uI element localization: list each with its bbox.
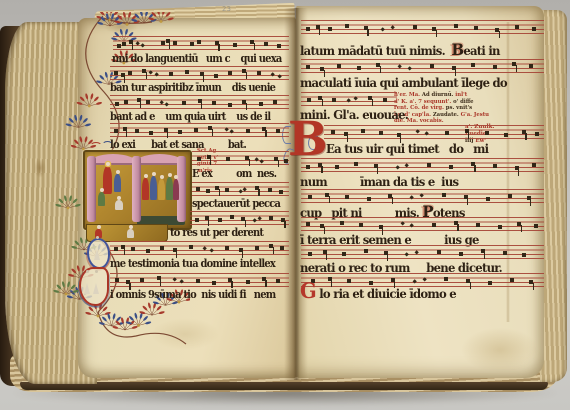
- neume-note: [432, 27, 436, 31]
- initial-figure: [94, 249, 100, 260]
- neume-note: [379, 131, 383, 135]
- neume-note: [241, 217, 245, 221]
- initial-m-kneeling-figure: [127, 229, 134, 238]
- neume-note: [169, 72, 173, 76]
- chant-text-line: latum mādatū tuū nimis. Beati in: [300, 42, 500, 59]
- neume-note: [182, 101, 186, 105]
- neume-note: [395, 165, 400, 170]
- neume-note: [262, 277, 266, 281]
- music-staff: [110, 273, 289, 287]
- chant-text-segment: o' diffe: [453, 99, 473, 105]
- neume-note: [242, 69, 246, 73]
- page-edges-right: [540, 10, 567, 382]
- neume-note: [388, 194, 392, 198]
- neume-note: [535, 132, 539, 136]
- neume-note: [173, 41, 177, 45]
- neume-note: [437, 250, 441, 254]
- neume-note: [353, 96, 358, 101]
- chant-text-segment: E ex om nes.: [192, 166, 276, 180]
- neume-note: [318, 163, 322, 167]
- neume-note: [172, 277, 177, 282]
- neume-note: [195, 218, 199, 222]
- music-staff: [324, 125, 544, 139]
- chant-text-segment: maculati īuia qui ambulant īlege do: [300, 75, 507, 90]
- chant-text-segment: h'er. Ma.: [394, 92, 422, 98]
- neume-note: [422, 277, 427, 282]
- neume-note: [117, 44, 121, 48]
- initial-figure: [84, 283, 90, 294]
- neume-note: [413, 25, 417, 29]
- neume-note: [320, 224, 324, 228]
- neume-note: [200, 72, 204, 76]
- chant-text-segment: ps. vnit's: [446, 105, 472, 111]
- initial-m-figure: [150, 176, 157, 200]
- neume-note: [522, 130, 526, 134]
- chant-text-line: maculati īuia qui ambulant īlege do: [300, 76, 507, 89]
- neume-note: [405, 252, 410, 257]
- neume-note: [245, 156, 249, 160]
- neume-note: [407, 66, 412, 71]
- chant-text-segment: nni do languentiū um c qui uexa: [112, 51, 281, 65]
- chant-text-line: to res ut per derent: [170, 226, 263, 238]
- music-staff: [110, 123, 289, 137]
- music-staff: [113, 36, 289, 50]
- neume-note: [410, 223, 415, 228]
- neume-note: [367, 197, 371, 201]
- rubric-line: rent. Cō. de virg. ps. vnit's: [394, 105, 504, 112]
- music-staff: [301, 92, 397, 106]
- neume-note: [444, 277, 448, 281]
- chant-text-line: bant ad e um quia uirt us de il: [110, 110, 270, 122]
- neume-note: [529, 280, 533, 284]
- neume-note: [276, 129, 280, 133]
- initial-m-figure: [114, 174, 121, 192]
- rubric-line: h'er. Ma. Ad diurnū. inl't: [394, 92, 504, 99]
- neume-note: [485, 131, 489, 135]
- neume-note: [459, 252, 463, 256]
- neume-note: [197, 40, 201, 44]
- neume-note: [331, 130, 335, 134]
- neume-note: [149, 131, 153, 135]
- neume-note: [486, 197, 490, 201]
- neume-note: [218, 218, 222, 222]
- neume-note: [337, 64, 341, 68]
- neume-note: [347, 279, 351, 283]
- neume-note: [131, 247, 135, 251]
- rubric-line: d' K. a'. 7 sequunt'. o' diffe: [394, 99, 504, 106]
- neume-note: [466, 279, 470, 283]
- neume-note: [198, 99, 202, 103]
- neume-note: [368, 96, 372, 100]
- neume-note: [228, 103, 232, 107]
- neume-note: [527, 196, 531, 200]
- neume-note: [268, 188, 272, 192]
- neume-note: [415, 250, 420, 255]
- neume-note: [532, 163, 536, 167]
- chant-text-segment: d' K. a'. 7 sequunt'.: [394, 99, 453, 105]
- neume-note: [154, 72, 159, 77]
- music-staff: [301, 245, 544, 259]
- neume-note: [281, 218, 285, 222]
- neume-note: [226, 157, 230, 161]
- neume-note: [493, 65, 497, 69]
- neume-note: [164, 128, 168, 132]
- neume-note: [361, 129, 365, 133]
- neume-note: [128, 71, 132, 75]
- neume-note: [142, 69, 146, 73]
- neume-note: [277, 44, 281, 48]
- neume-note: [391, 278, 395, 282]
- neume-note: [284, 159, 288, 163]
- neume-note: [410, 195, 415, 200]
- neume-note: [364, 249, 368, 253]
- neume-note: [229, 129, 234, 134]
- neume-note: [318, 96, 322, 100]
- neume-note: [250, 40, 254, 44]
- neume-note: [383, 98, 387, 102]
- chant-text-line: i omnis 9sūma tio nis uidi fi nem: [110, 288, 275, 300]
- initial-m-figure: [166, 177, 173, 200]
- neume-note: [328, 27, 332, 31]
- chant-text-segment: spectauerūt pecca: [192, 196, 280, 210]
- neume-note: [173, 248, 177, 252]
- neume-note: [157, 276, 161, 280]
- neume-note: [276, 279, 280, 283]
- neume-note: [196, 187, 200, 191]
- neume-note: [161, 41, 165, 45]
- chant-text-segment: num īman da tis e ius: [300, 174, 458, 189]
- neume-note: [123, 127, 127, 131]
- neume-note: [228, 278, 232, 282]
- neume-note: [146, 100, 150, 104]
- neume-note: [259, 102, 263, 106]
- chant-text-segment: lo ria et diuicie īdomo e: [316, 286, 456, 301]
- neume-note: [306, 27, 310, 31]
- neume-note: [129, 40, 133, 44]
- neume-note: [306, 165, 310, 169]
- neume-note: [114, 71, 118, 75]
- chant-text-segment: eati in: [463, 43, 499, 58]
- neume-note: [342, 252, 346, 256]
- neume-note: [424, 131, 429, 136]
- chant-text-line: ban tur aspiritibz īmun dis uenie: [110, 81, 275, 93]
- neume-note: [400, 221, 405, 226]
- neume-note: [335, 165, 339, 169]
- neume-note: [340, 221, 344, 225]
- initial-m-kneeling-figure: [115, 200, 123, 210]
- music-staff: [110, 95, 289, 109]
- neume-note: [264, 42, 268, 46]
- neume-note: [273, 100, 277, 104]
- neume-note: [114, 247, 118, 251]
- neume-note: [270, 72, 275, 77]
- neume-note: [529, 64, 533, 68]
- folio-number: 23: [222, 5, 231, 13]
- neume-note: [215, 41, 219, 45]
- neume-note: [442, 193, 446, 197]
- neume-note: [488, 281, 492, 285]
- neume-note: [121, 73, 125, 77]
- neume-note: [364, 26, 368, 30]
- initial-m-figure: [142, 178, 149, 200]
- initial-m-saint-figure: [103, 166, 112, 194]
- neume-note: [515, 25, 519, 29]
- neume-note: [452, 66, 456, 70]
- neume-note: [114, 129, 118, 133]
- neume-note: [454, 221, 458, 225]
- neume-note: [212, 101, 216, 105]
- music-staff: [301, 189, 544, 203]
- neume-note: [427, 163, 431, 167]
- initial-m-stroke: [132, 156, 141, 222]
- neume-note: [207, 155, 211, 159]
- neume-note: [508, 194, 512, 198]
- neume-note: [214, 74, 218, 78]
- rubric-block: h'er. Ma. Ad diurnū. inl'td' K. a'. 7 se…: [394, 92, 504, 125]
- neume-note: [471, 162, 475, 166]
- neume-note: [149, 70, 154, 75]
- chant-text-segment: ban tur aspiritibz īmun dis uenie: [110, 80, 275, 94]
- initial-m-figure: [158, 179, 165, 200]
- initial-m-stroke: [87, 156, 96, 222]
- neume-note: [369, 281, 373, 285]
- rubric-line: ī s. d' cap'la. Zaudate. G'a. Jestu: [394, 112, 504, 119]
- neume-note: [471, 63, 475, 67]
- decorated-initial-small-1: [87, 238, 110, 269]
- neume-note: [230, 215, 234, 219]
- chant-text-segment: i omnis 9sūma tio nis uidi fi nem: [110, 287, 275, 301]
- neume-note: [379, 225, 383, 229]
- neume-note: [210, 248, 215, 253]
- neume-note: [140, 43, 145, 48]
- neume-note: [498, 225, 502, 229]
- neume-note: [454, 24, 458, 28]
- neume-note: [308, 195, 312, 199]
- neume-note: [228, 71, 232, 75]
- neume-note: [328, 277, 332, 281]
- neume-note: [178, 130, 182, 134]
- neume-note: [359, 223, 363, 227]
- neume-note: [160, 246, 164, 250]
- neume-note: [397, 64, 402, 69]
- neume-note: [225, 188, 229, 192]
- music-staff: [301, 158, 544, 172]
- neume-note: [121, 245, 125, 249]
- neume-note: [346, 98, 351, 103]
- neume-note: [384, 251, 388, 255]
- chant-text-line: Ea tus uir qui timet do mi: [326, 142, 488, 155]
- neume-note: [405, 163, 410, 168]
- neume-note: [416, 129, 421, 134]
- chant-text-line: num īman da tis e ius: [300, 175, 458, 188]
- neume-note: [258, 216, 263, 221]
- neume-note: [246, 129, 250, 133]
- music-staff: [301, 273, 544, 287]
- neume-note: [246, 280, 250, 284]
- chant-text-line: me testimonia tua domine intellex: [110, 257, 275, 269]
- music-staff: [192, 182, 289, 196]
- neume-note: [262, 127, 266, 131]
- chant-text-segment: Ad diurnū.: [422, 92, 455, 98]
- neume-note: [257, 71, 261, 75]
- neume-note: [306, 222, 310, 226]
- neume-note: [280, 246, 284, 250]
- neume-note: [212, 281, 216, 285]
- neume-note: [481, 249, 485, 253]
- neume-note: [534, 224, 538, 228]
- neume-note: [419, 193, 424, 198]
- neume-note: [474, 26, 478, 30]
- neume-note: [307, 98, 311, 102]
- neume-note: [522, 253, 526, 257]
- neume-note: [122, 42, 126, 46]
- decorated-initial-small-2: [79, 267, 109, 306]
- neume-note: [255, 186, 259, 190]
- manuscript-photo: 23 B Sct A: [0, 0, 570, 410]
- neume-note: [412, 279, 417, 284]
- neume-note: [323, 250, 327, 254]
- neume-note: [179, 279, 184, 284]
- neume-note: [345, 24, 349, 28]
- neume-note: [126, 280, 130, 284]
- music-staff: [110, 66, 289, 80]
- chant-text-segment: Zaudate.: [433, 112, 461, 118]
- neume-note: [255, 246, 259, 250]
- chant-text-segment: bant ad e um quia uirt us de il: [110, 109, 270, 123]
- neume-note: [532, 27, 536, 31]
- neume-note: [316, 25, 320, 29]
- neume-note: [259, 159, 264, 164]
- neume-note: [449, 165, 453, 169]
- chant-text-segment: inl't: [455, 92, 467, 98]
- neume-note: [397, 133, 401, 137]
- chant-text-line: G lo ria et diuicie īdomo e: [300, 286, 456, 300]
- neume-note: [137, 98, 141, 102]
- neume-note: [503, 251, 507, 255]
- illuminated-initial-M: [83, 150, 192, 230]
- neume-note: [432, 223, 436, 227]
- chant-text-segment: lo exi bat et sana bat.: [110, 137, 246, 151]
- neume-note: [185, 70, 189, 74]
- neume-note: [269, 216, 273, 220]
- neume-note: [115, 278, 119, 282]
- neume-note: [239, 248, 243, 252]
- initial-m-figure: [173, 179, 179, 200]
- chant-text-segment: latum mādatū tuū nimis.: [300, 43, 451, 58]
- neume-note: [115, 102, 119, 106]
- neume-note: [325, 193, 329, 197]
- neume-note: [269, 244, 273, 248]
- neume-note: [166, 39, 170, 43]
- neume-note: [197, 157, 201, 161]
- neume-note: [279, 190, 283, 194]
- chant-text-line: nni do languentiū um c qui uexa: [112, 52, 281, 64]
- neume-note: [306, 65, 310, 69]
- neume-note: [140, 278, 144, 282]
- neume-note: [504, 133, 508, 137]
- chant-text-segment: me testimonia tua domine intellex: [110, 256, 275, 270]
- neume-note: [380, 27, 385, 32]
- neume-note: [476, 223, 480, 227]
- music-staff: [301, 59, 544, 73]
- neume-note: [206, 189, 210, 193]
- chant-text-line: E ex om nes.: [192, 167, 276, 179]
- neume-note: [190, 42, 194, 46]
- chant-text-segment: Ea tus uir qui timet do mi: [326, 141, 488, 156]
- neume-note: [135, 129, 139, 133]
- chant-text-segment: B: [451, 40, 463, 59]
- neume-note: [242, 100, 246, 104]
- neume-note: [278, 74, 283, 79]
- neume-note: [332, 98, 336, 102]
- neume-note: [243, 187, 248, 192]
- neume-note: [445, 131, 449, 135]
- chant-text-segment: mini. Gl'a. euouae.: [300, 107, 408, 122]
- neume-note: [194, 128, 198, 132]
- neume-note: [376, 63, 380, 67]
- neume-note: [189, 245, 193, 249]
- neume-note: [225, 246, 229, 250]
- neume-note: [224, 127, 229, 132]
- neume-note: [208, 126, 212, 130]
- neume-note: [320, 67, 324, 71]
- neume-note: [274, 157, 278, 161]
- chant-text-segment: to res ut per derent: [170, 225, 263, 239]
- neume-note: [512, 62, 516, 66]
- neume-note: [308, 252, 312, 256]
- neume-note: [124, 100, 128, 104]
- neume-note: [465, 129, 469, 133]
- neume-note: [515, 166, 519, 170]
- neume-note: [202, 246, 207, 251]
- neume-note: [196, 279, 200, 283]
- neume-note: [510, 278, 514, 282]
- chant-text-segment: G: [300, 278, 316, 303]
- neume-note: [233, 43, 237, 47]
- neume-note: [165, 102, 170, 107]
- neume-note: [357, 66, 361, 70]
- initial-figure: [93, 283, 99, 294]
- neume-note: [345, 195, 349, 199]
- neume-note: [354, 162, 358, 166]
- chant-text-segment: G'a. Jestu: [461, 112, 489, 118]
- chant-text-line: spectauerūt pecca: [192, 197, 280, 209]
- music-staff: [301, 20, 544, 34]
- music-staff: [190, 211, 289, 225]
- initial-m-figure: [98, 192, 105, 206]
- neume-note: [344, 132, 348, 136]
- music-staff: [301, 217, 544, 231]
- neume-note: [517, 222, 521, 226]
- neume-note: [374, 164, 378, 168]
- neume-note: [493, 164, 497, 168]
- neume-note: [215, 186, 219, 190]
- neume-note: [205, 216, 209, 220]
- book-cover-bottom-edge: [20, 382, 548, 390]
- chant-text-line: lo exi bat et sana bat.: [110, 138, 246, 150]
- music-staff: [110, 241, 289, 255]
- pen-flourish: [90, 142, 102, 150]
- neume-note: [464, 195, 468, 199]
- neume-note: [495, 28, 499, 32]
- neume-note: [146, 249, 150, 253]
- neume-note: [390, 25, 395, 30]
- neume-note: [430, 64, 434, 68]
- chant-text-line: mini. Gl'a. euouae.: [300, 108, 408, 121]
- music-staff: [192, 151, 289, 165]
